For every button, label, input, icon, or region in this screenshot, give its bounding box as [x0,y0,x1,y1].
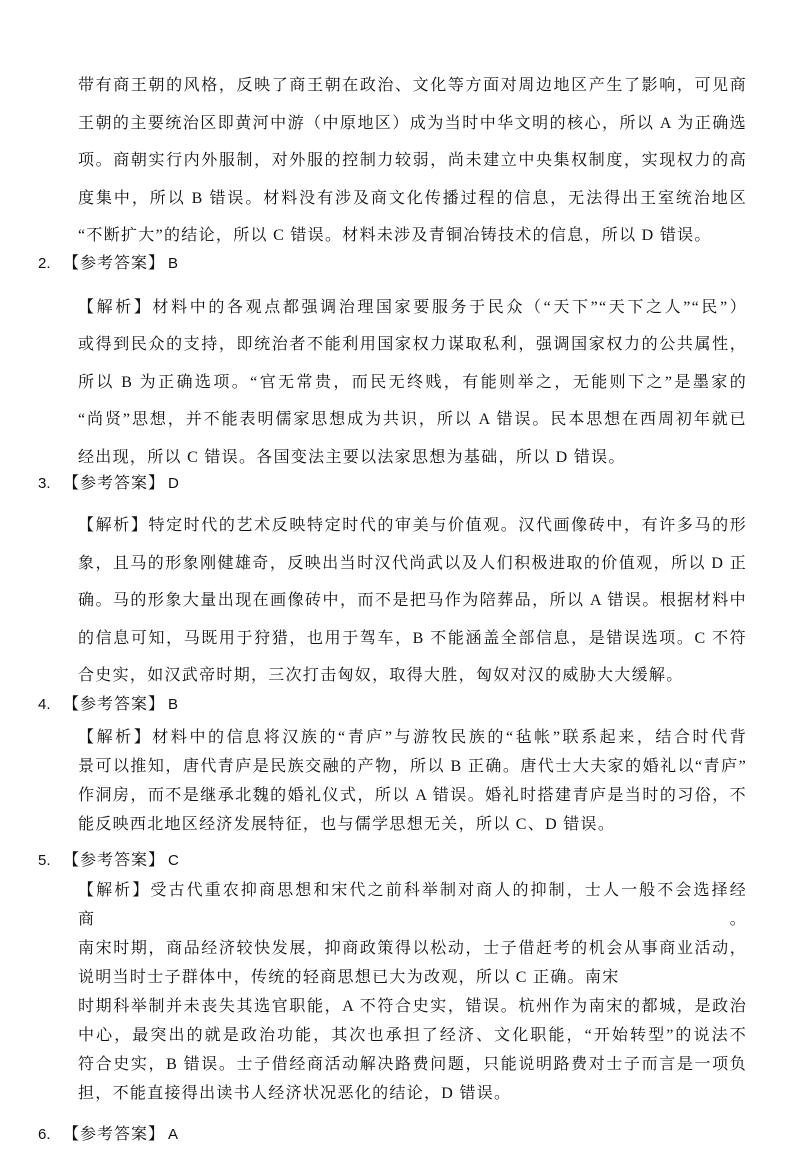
analysis-line: 能反映西北地区经济发展特征，也与儒学思想无关，所以 C、D 错误。 [78,810,747,839]
answer-label: 【参考答案】 [63,255,165,272]
answer-value: B [168,255,178,272]
analysis-line: 或得到民众的支持，即统治者不能利用国家权力谋取私利，强调国家权力的公共属性， [78,326,747,364]
analysis-paragraph: 【解析】材料中的各观点都强调治理国家要服务于民众（“天下”“天下之人”“民”） … [78,289,747,477]
answer-label: 【参考答案】 [63,1126,165,1143]
answer-value: D [168,475,179,492]
analysis-line: 说明当时士子群体中，传统的轻商思想已大为改观，所以 C 正确。南宋 [78,963,747,992]
answer-label: 【参考答案】 [63,475,165,492]
analysis-line: 担，不能直接得出读书人经济状况恶化的结论，D 错误。 [78,1079,747,1108]
analysis-line: 作洞房，而不是继承北魏的婚礼仪式，所以 A 错误。婚礼时搭建青庐是当时的习俗，不 [78,781,747,810]
analysis-line: 所以 B 为正确选项。“官无常贵，而民无终贱，有能则举之，无能则下之”是墨家的 [78,364,747,402]
item-number: 4. [38,691,63,719]
analysis-line: 时期科举制并未丧失其选官职能，A 不符合史实，错误。杭州作为南宋的都城，是政治 [78,992,747,1021]
intro-line: 项。商朝实行内外服制，对外服的控制力较弱，尚未建立中央集权制度，实现权力的高 [78,142,747,180]
analysis-line: 象，且马的形象刚健雄奇，反映出当时汉代尚武以及人们积极进取的价值观，所以 D 正 [78,545,747,583]
answer-line: 5.【参考答案】C [38,847,747,875]
analysis-line: “尚贤”思想，并不能表明儒家思想成为共识，所以 A 错误。民本思想在西周初年就已 [78,401,747,439]
answer-value: B [168,696,178,713]
answer-item-2: 2.【参考答案】B 【解析】材料中的各观点都强调治理国家要服务于民众（“天下”“… [38,250,747,477]
item-number: 2. [38,250,63,278]
analysis-line: 【解析】受古代重农抑商思想和宋代之前科举制对商人的抑制，士人一般不会选择经商。 [78,876,747,934]
intro-line: 王朝的主要统治区即黄河中游（中原地区）成为当时中华文明的核心，所以 A 为正确选 [78,105,747,143]
answer-line: 4.【参考答案】B [38,691,747,719]
analysis-line: 【解析】特定时代的艺术反映特定时代的审美与价值观。汉代画像砖中，有许多马的形 [78,507,747,545]
analysis-line: 符合史实，B 错误。士子借经商活动解决路费问题，只能说明路费对士子而言是一项负 [78,1050,747,1079]
answer-item-4: 4.【参考答案】B 【解析】材料中的信息将汉族的“青庐”与游牧民族的“毡帐”联系… [38,691,747,839]
analysis-line: 【解析】材料中的信息将汉族的“青庐”与游牧民族的“毡帐”联系起来，结合时代背 [78,723,747,752]
analysis-line: 【解析】材料中的各观点都强调治理国家要服务于民众（“天下”“天下之人”“民”） [78,289,747,327]
answer-item-3: 3.【参考答案】D 【解析】特定时代的艺术反映特定时代的审美与价值观。汉代画像砖… [38,470,747,695]
intro-paragraph: 带有商王朝的风格，反映了商王朝在政治、文化等方面对周边地区产生了影响，可见商 王… [78,67,747,255]
intro-line: “不断扩大”的结论，所以 C 错误。材料未涉及青铜冶铸技术的信息，所以 D 错误… [78,217,747,255]
answer-line: 6.【参考答案】A [38,1121,747,1149]
answer-label: 【参考答案】 [63,696,165,713]
analysis-paragraph: 【解析】受古代重农抑商思想和宋代之前科举制对商人的抑制，士人一般不会选择经商。 … [78,876,747,1108]
analysis-line: 景可以推知，唐代青庐是民族交融的产物，所以 B 正确。唐代士大夫家的婚礼以“青庐… [78,752,747,781]
analysis-paragraph: 【解析】材料中的信息将汉族的“青庐”与游牧民族的“毡帐”联系起来，结合时代背 景… [78,723,747,839]
answer-key-page: 带有商王朝的风格，反映了商王朝在政治、文化等方面对周边地区产生了影响，可见商 王… [0,0,800,1155]
answer-label: 【参考答案】 [63,852,165,869]
analysis-line: 南宋时期，商品经济较快发展，抑商政策得以松动，士子借赶考的机会从事商业活动， [78,934,747,963]
intro-line: 度集中，所以 B 错误。材料没有涉及商文化传播过程的信息，无法得出王室统治地区 [78,180,747,218]
answer-item-5: 5.【参考答案】C 【解析】受古代重农抑商思想和宋代之前科举制对商人的抑制，士人… [38,847,747,1108]
analysis-paragraph: 【解析】特定时代的艺术反映特定时代的审美与价值观。汉代画像砖中，有许多马的形 象… [78,507,747,695]
item-number: 6. [38,1121,63,1149]
analysis-line: 的信息可知，马既用于狩猎，也用于驾车，B 不能涵盖全部信息，是错误选项。C 不符 [78,620,747,658]
analysis-line: 合史实，如汉武帝时期，三次打击匈奴，取得大胜，匈奴对汉的威胁大大缓解。 [78,657,747,695]
answer-item-6: 6.【参考答案】A [38,1121,747,1149]
analysis-line: 中心，最突出的就是政治功能，其次也承担了经济、文化职能，“开始转型”的说法不 [78,1021,747,1050]
item-number: 5. [38,847,63,875]
analysis-line: 确。马的形象大量出现在画像砖中，而不是把马作为陪葬品，所以 A 错误。根据材料中 [78,582,747,620]
answer-value: C [168,852,179,869]
intro-line: 带有商王朝的风格，反映了商王朝在政治、文化等方面对周边地区产生了影响，可见商 [78,67,747,105]
item-number: 3. [38,470,63,498]
answer-value: A [168,1126,178,1143]
